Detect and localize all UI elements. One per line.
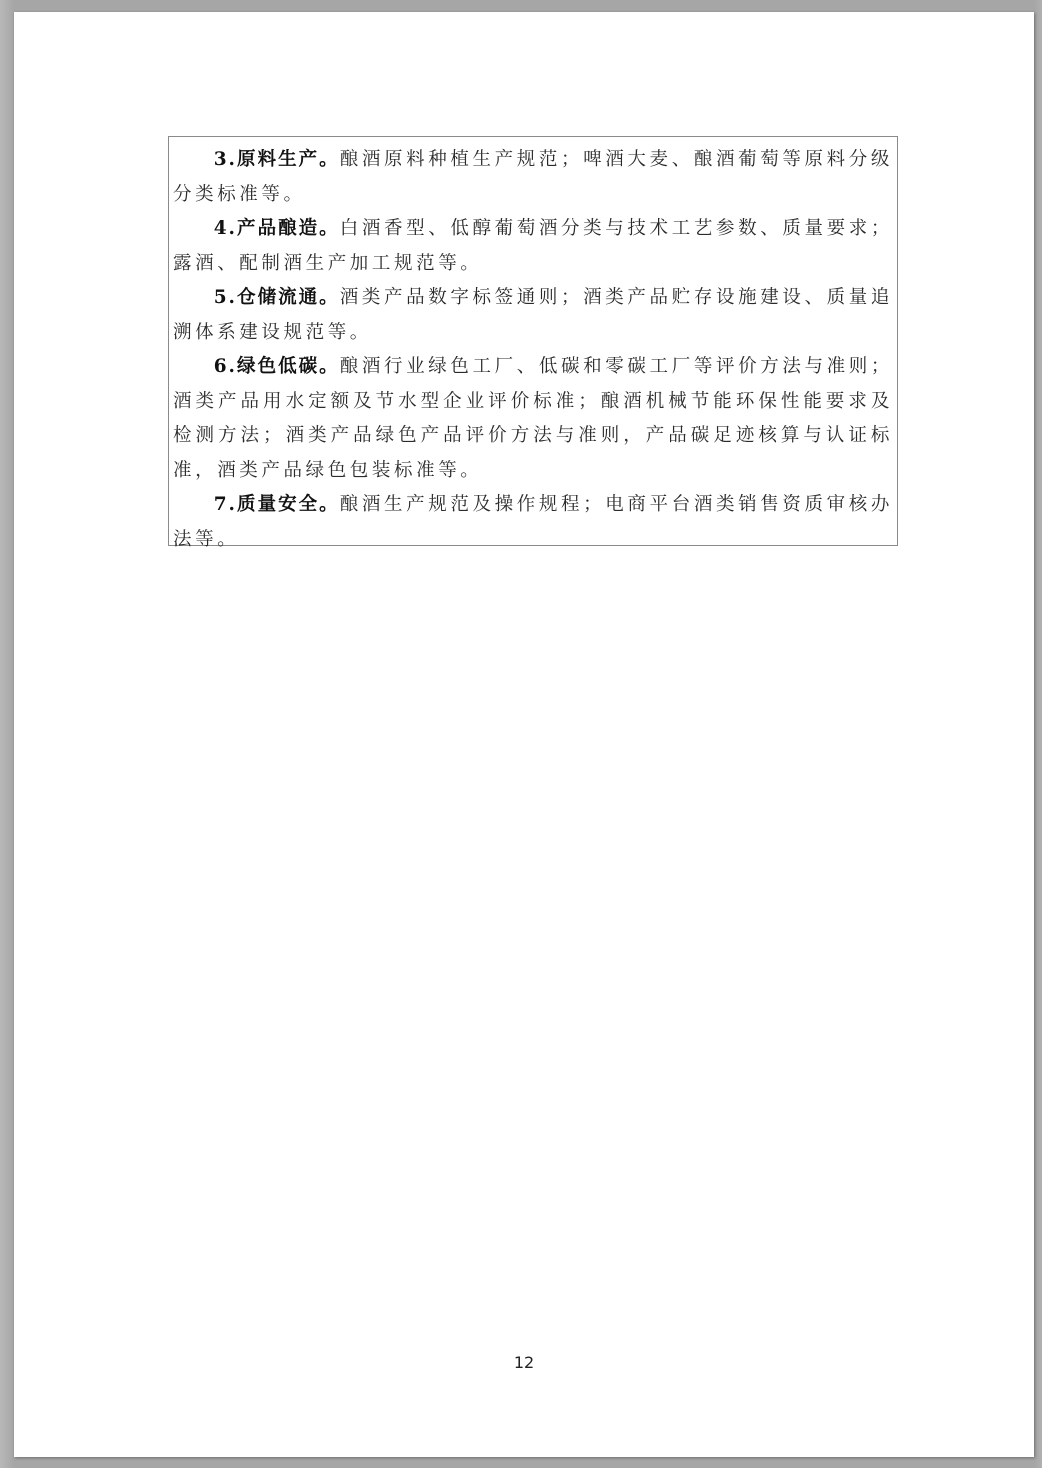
section-quality-safety: 7.质量安全。酿酒生产规范及操作规程；电商平台酒类销售资质审核办法等。 [173, 488, 893, 557]
section-heading: 5.仓储流通。 [214, 287, 340, 308]
section-heading: 4.产品酿造。 [214, 218, 340, 239]
section-storage-circulation: 5.仓储流通。酒类产品数字标签通则；酒类产品贮存设施建设、质量追溯体系建设规范等… [173, 281, 893, 350]
section-brewing: 4.产品酿造。白酒香型、低醇葡萄酒分类与技术工艺参数、质量要求；露酒、配制酒生产… [173, 212, 893, 281]
section-heading: 6.绿色低碳。 [214, 356, 340, 377]
section-heading: 3.原料生产。 [214, 149, 340, 170]
document-page: 3.原料生产。酿酒原料种植生产规范；啤酒大麦、酿酒葡萄等原料分级分类标准等。 4… [14, 12, 1034, 1457]
section-heading: 7.质量安全。 [214, 494, 340, 515]
bordered-text-box: 3.原料生产。酿酒原料种植生产规范；啤酒大麦、酿酒葡萄等原料分级分类标准等。 4… [168, 136, 898, 546]
section-raw-material: 3.原料生产。酿酒原料种植生产规范；啤酒大麦、酿酒葡萄等原料分级分类标准等。 [173, 143, 893, 212]
section-green-low-carbon: 6.绿色低碳。酿酒行业绿色工厂、低碳和零碳工厂等评价方法与准则；酒类产品用水定额… [173, 350, 893, 488]
page-number: 12 [14, 1353, 1034, 1372]
